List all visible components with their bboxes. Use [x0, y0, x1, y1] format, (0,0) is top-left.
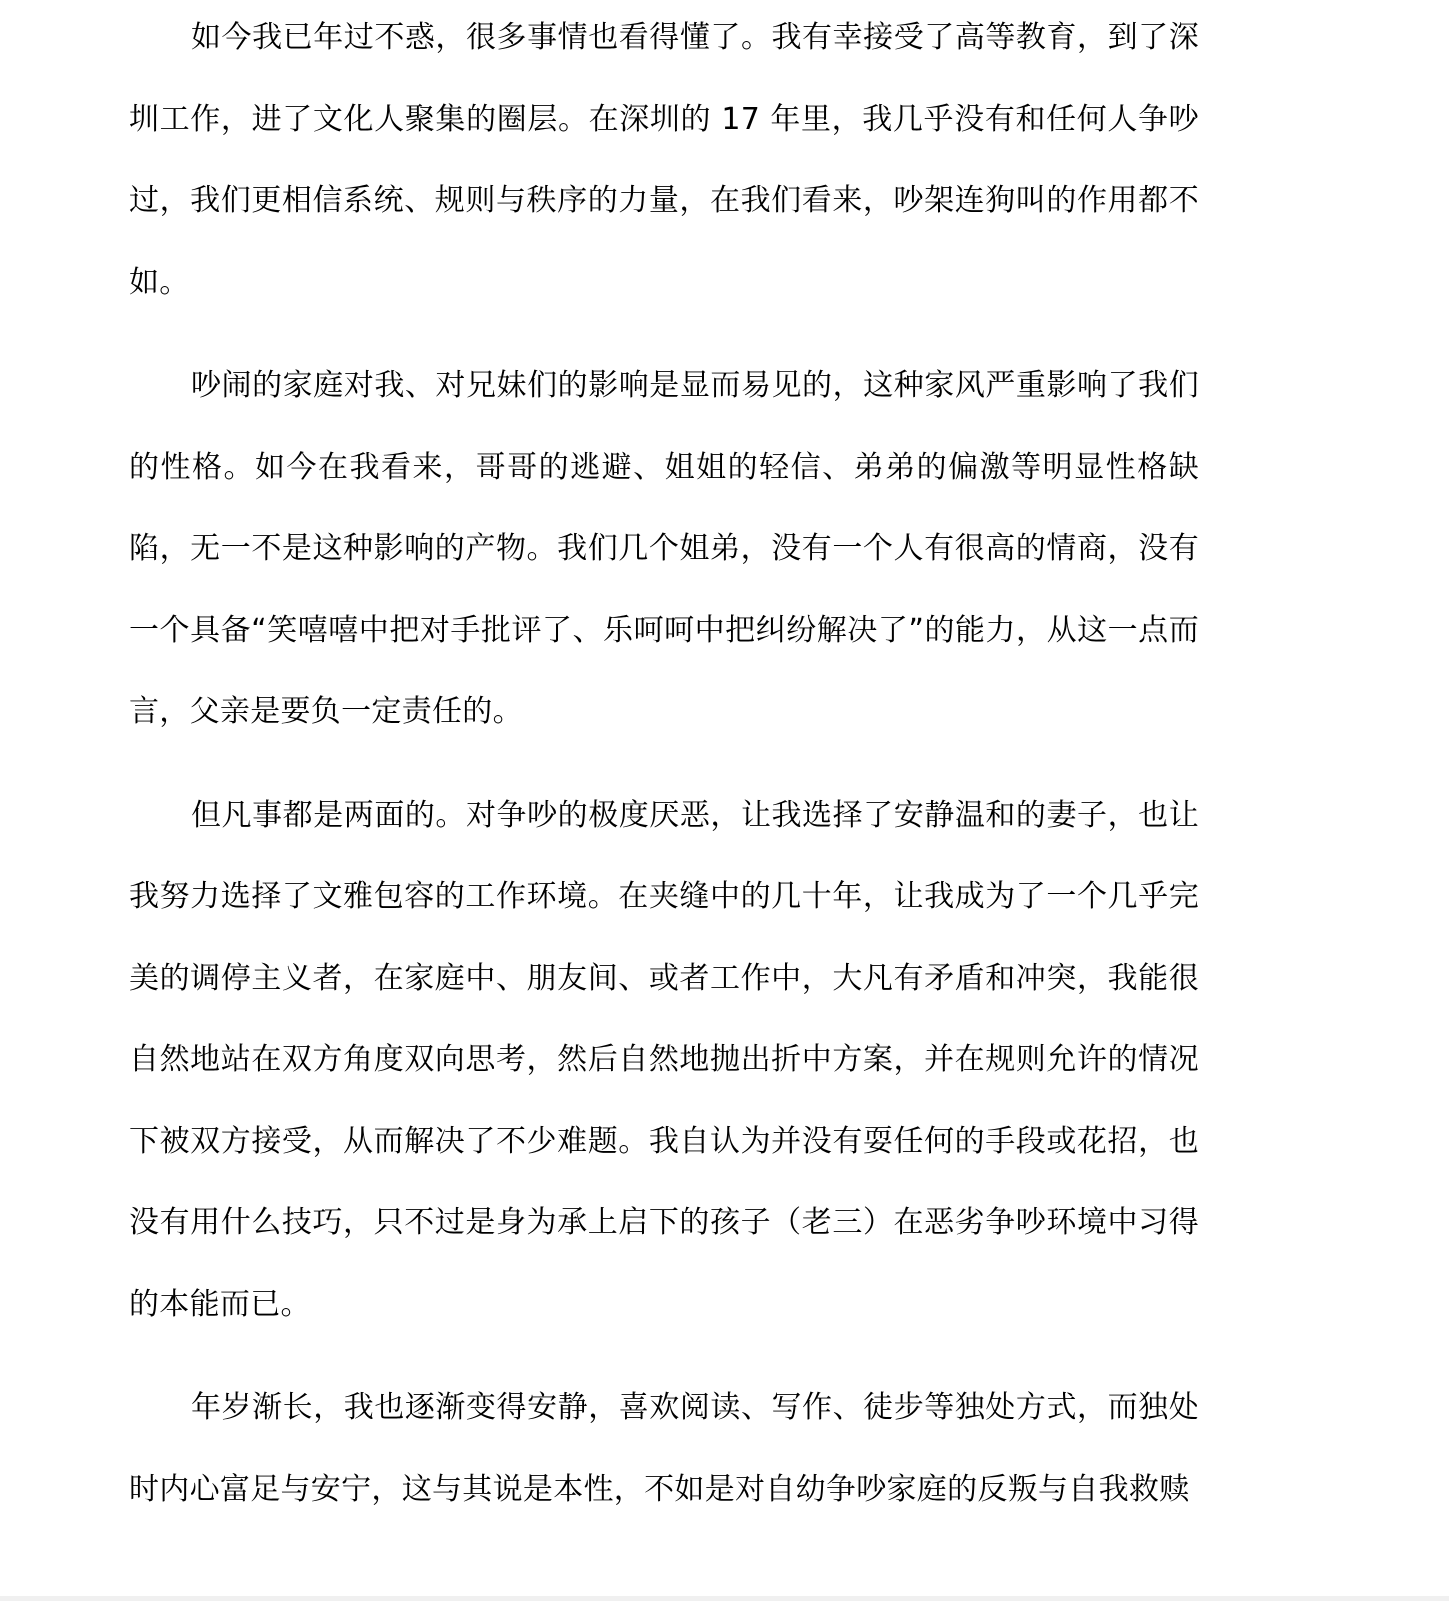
document-page: 如今我已年过不惑，很多事情也看得懂了。我有幸接受了高等教育，到了深圳工作，进了文… [0, 0, 1449, 1596]
paragraph-2: 吵闹的家庭对我、对兄妹们的影响是显而易见的，这种家风严重影响了我们的性格。如今在… [129, 345, 1199, 753]
paragraph-4: 年岁渐长，我也逐渐变得安静，喜欢阅读、写作、徒步等独处方式，而独处时内心富足与安… [129, 1367, 1199, 1530]
paragraph-3: 但凡事都是两面的。对争吵的极度厌恶，让我选择了安静温和的妻子，也让我努力选择了文… [129, 775, 1199, 1346]
paragraph-1: 如今我已年过不惑，很多事情也看得懂了。我有幸接受了高等教育，到了深圳工作，进了文… [129, 0, 1199, 323]
horizontal-scrollbar-track[interactable] [0, 1596, 1449, 1601]
document-body: 如今我已年过不惑，很多事情也看得懂了。我有幸接受了高等教育，到了深圳工作，进了文… [129, 0, 1199, 1530]
